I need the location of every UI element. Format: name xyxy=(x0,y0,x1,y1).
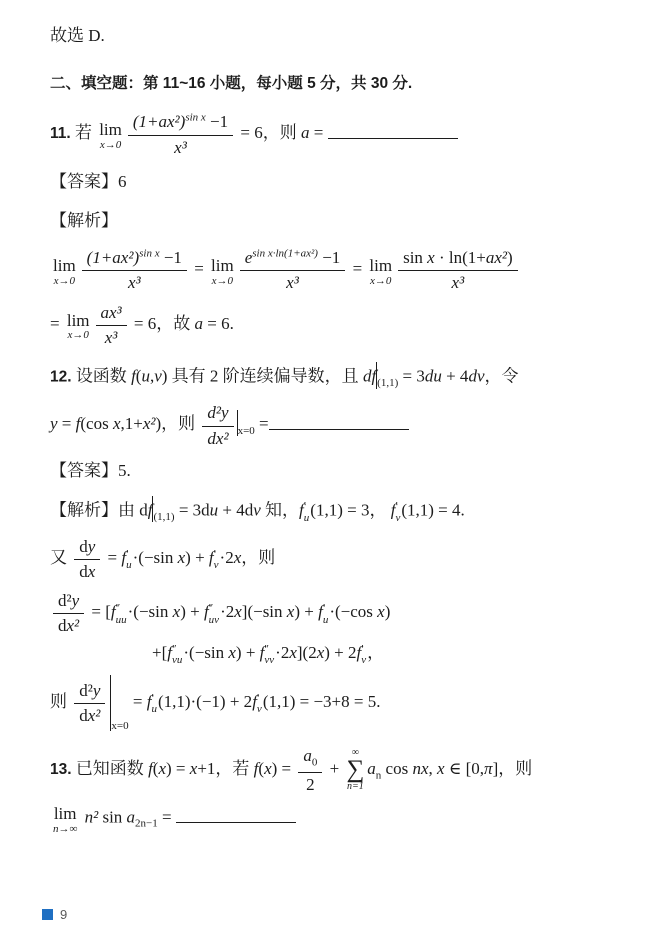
q11-statement: 11. 若 limx→0(1+ax²)sin x −1x³ = 6，则 a = xyxy=(50,111,638,158)
q13-statement-line-2: limn→∞ n² sin a2n−1 = xyxy=(50,805,638,835)
answer-blank xyxy=(269,412,409,429)
evaluation-bar: (1,1) xyxy=(152,496,174,526)
q12-analysis-line: 【解析】由 df(1,1) = 3du + 4dv 知，f′u(1,1) = 3… xyxy=(50,496,638,526)
limit-operator: limx→0 xyxy=(99,121,122,151)
document-content: 故选 D. 二、填空题：第 11~16 小题，每小题 5 分，共 30 分. 1… xyxy=(0,0,668,907)
fraction: d²ydx² xyxy=(202,402,233,449)
sup-sub-stack: ′u xyxy=(151,693,157,716)
q11-solution-line-1: limx→0(1+ax²)sin x −1x³ = limx→0esin x·l… xyxy=(50,247,638,294)
sup-sub-stack: ″vv xyxy=(264,644,274,667)
q11-answer: 【答案】6 xyxy=(50,170,638,195)
limit-operator: limn→∞ xyxy=(53,805,77,835)
fraction: dydx xyxy=(74,536,100,583)
fraction: (1+ax²)sin x −1x³ xyxy=(82,247,187,294)
section-header: 二、填空题：第 11~16 小题，每小题 5 分，共 30 分. xyxy=(50,71,638,96)
limit-operator: limx→0 xyxy=(67,312,90,342)
answer-blank xyxy=(176,806,296,823)
q12-statement-line-2: y = f(cos x,1+x²)，则 d²ydx²x=0 = xyxy=(50,402,638,449)
evaluation-bar: x=0 xyxy=(237,410,255,440)
page-footer: 9 xyxy=(0,907,668,938)
fraction: ax³x³ xyxy=(96,302,127,349)
q12-answer: 【答案】5. xyxy=(50,459,638,484)
page-marker-icon xyxy=(42,909,53,920)
evaluation-bar-tall: x=0 xyxy=(110,675,128,731)
q12-statement-line-1: 12. 设函数 f(u,v) 具有 2 阶连续偏导数，且 df(1,1) = 3… xyxy=(50,362,638,392)
fraction: sin x · ln(1+ax²)x³ xyxy=(398,247,518,294)
sup-sub-stack: ″uu xyxy=(116,603,127,626)
limit-operator: limx→0 xyxy=(211,257,234,287)
fraction: d²ydx² xyxy=(53,590,84,637)
sup-sub-stack: ″uv xyxy=(209,603,219,626)
q11-solution-line-2: = limx→0ax³x³ = 6，故 a = 6. xyxy=(50,302,638,349)
q12-derivative-line-2b: +[f″vu·(−sin x) + f″vv·2x](2x) + 2f′v， xyxy=(50,641,638,667)
answer-blank xyxy=(328,121,458,138)
prev-answer-line: 故选 D. xyxy=(50,24,638,49)
document-page: 故选 D. 二、填空题：第 11~16 小题，每小题 5 分，共 30 分. 1… xyxy=(0,0,668,938)
sup-sub-stack: ′v xyxy=(395,501,400,524)
page-number: 9 xyxy=(60,907,67,922)
sup-sub-stack: ″vu xyxy=(172,644,182,667)
q11-analysis-label: 【解析】 xyxy=(50,209,638,234)
q12-derivative-line-1: 又 dydx = f′u·(−sin x) + f′v·2x，则 xyxy=(50,536,638,583)
sup-sub-stack: ′v xyxy=(361,644,366,667)
sup-sub-stack: ′u xyxy=(126,549,132,572)
sup-sub-stack: ′u xyxy=(323,603,329,626)
limit-operator: limx→0 xyxy=(369,257,392,287)
sup-sub-stack: ′v xyxy=(257,693,262,716)
fraction: d²ydx² xyxy=(74,680,105,727)
sup-sub-stack: ′u xyxy=(304,501,310,524)
fraction: esin x·ln(1+ax²) −1x³ xyxy=(240,247,346,294)
evaluation-bar: (1,1) xyxy=(376,362,398,392)
q12-derivative-line-2a: d²ydx² = [f″uu·(−sin x) + f″uv·2x](−sin … xyxy=(50,590,638,637)
summation-operator: ∞∑n=1 xyxy=(346,748,364,792)
fraction: (1+ax²)sin x −1x³ xyxy=(128,111,233,158)
q13-statement-line-1: 13. 已知函数 f(x) = x+1，若 f(x) = a02 + ∞∑n=1… xyxy=(50,745,638,796)
limit-operator: limx→0 xyxy=(53,257,76,287)
fraction: a02 xyxy=(298,745,322,796)
sup-sub-stack: ′v xyxy=(214,549,219,572)
q12-final-line: 则 d²ydx²x=0 = f′u(1,1)·(−1) + 2f′v(1,1) … xyxy=(50,675,638,731)
